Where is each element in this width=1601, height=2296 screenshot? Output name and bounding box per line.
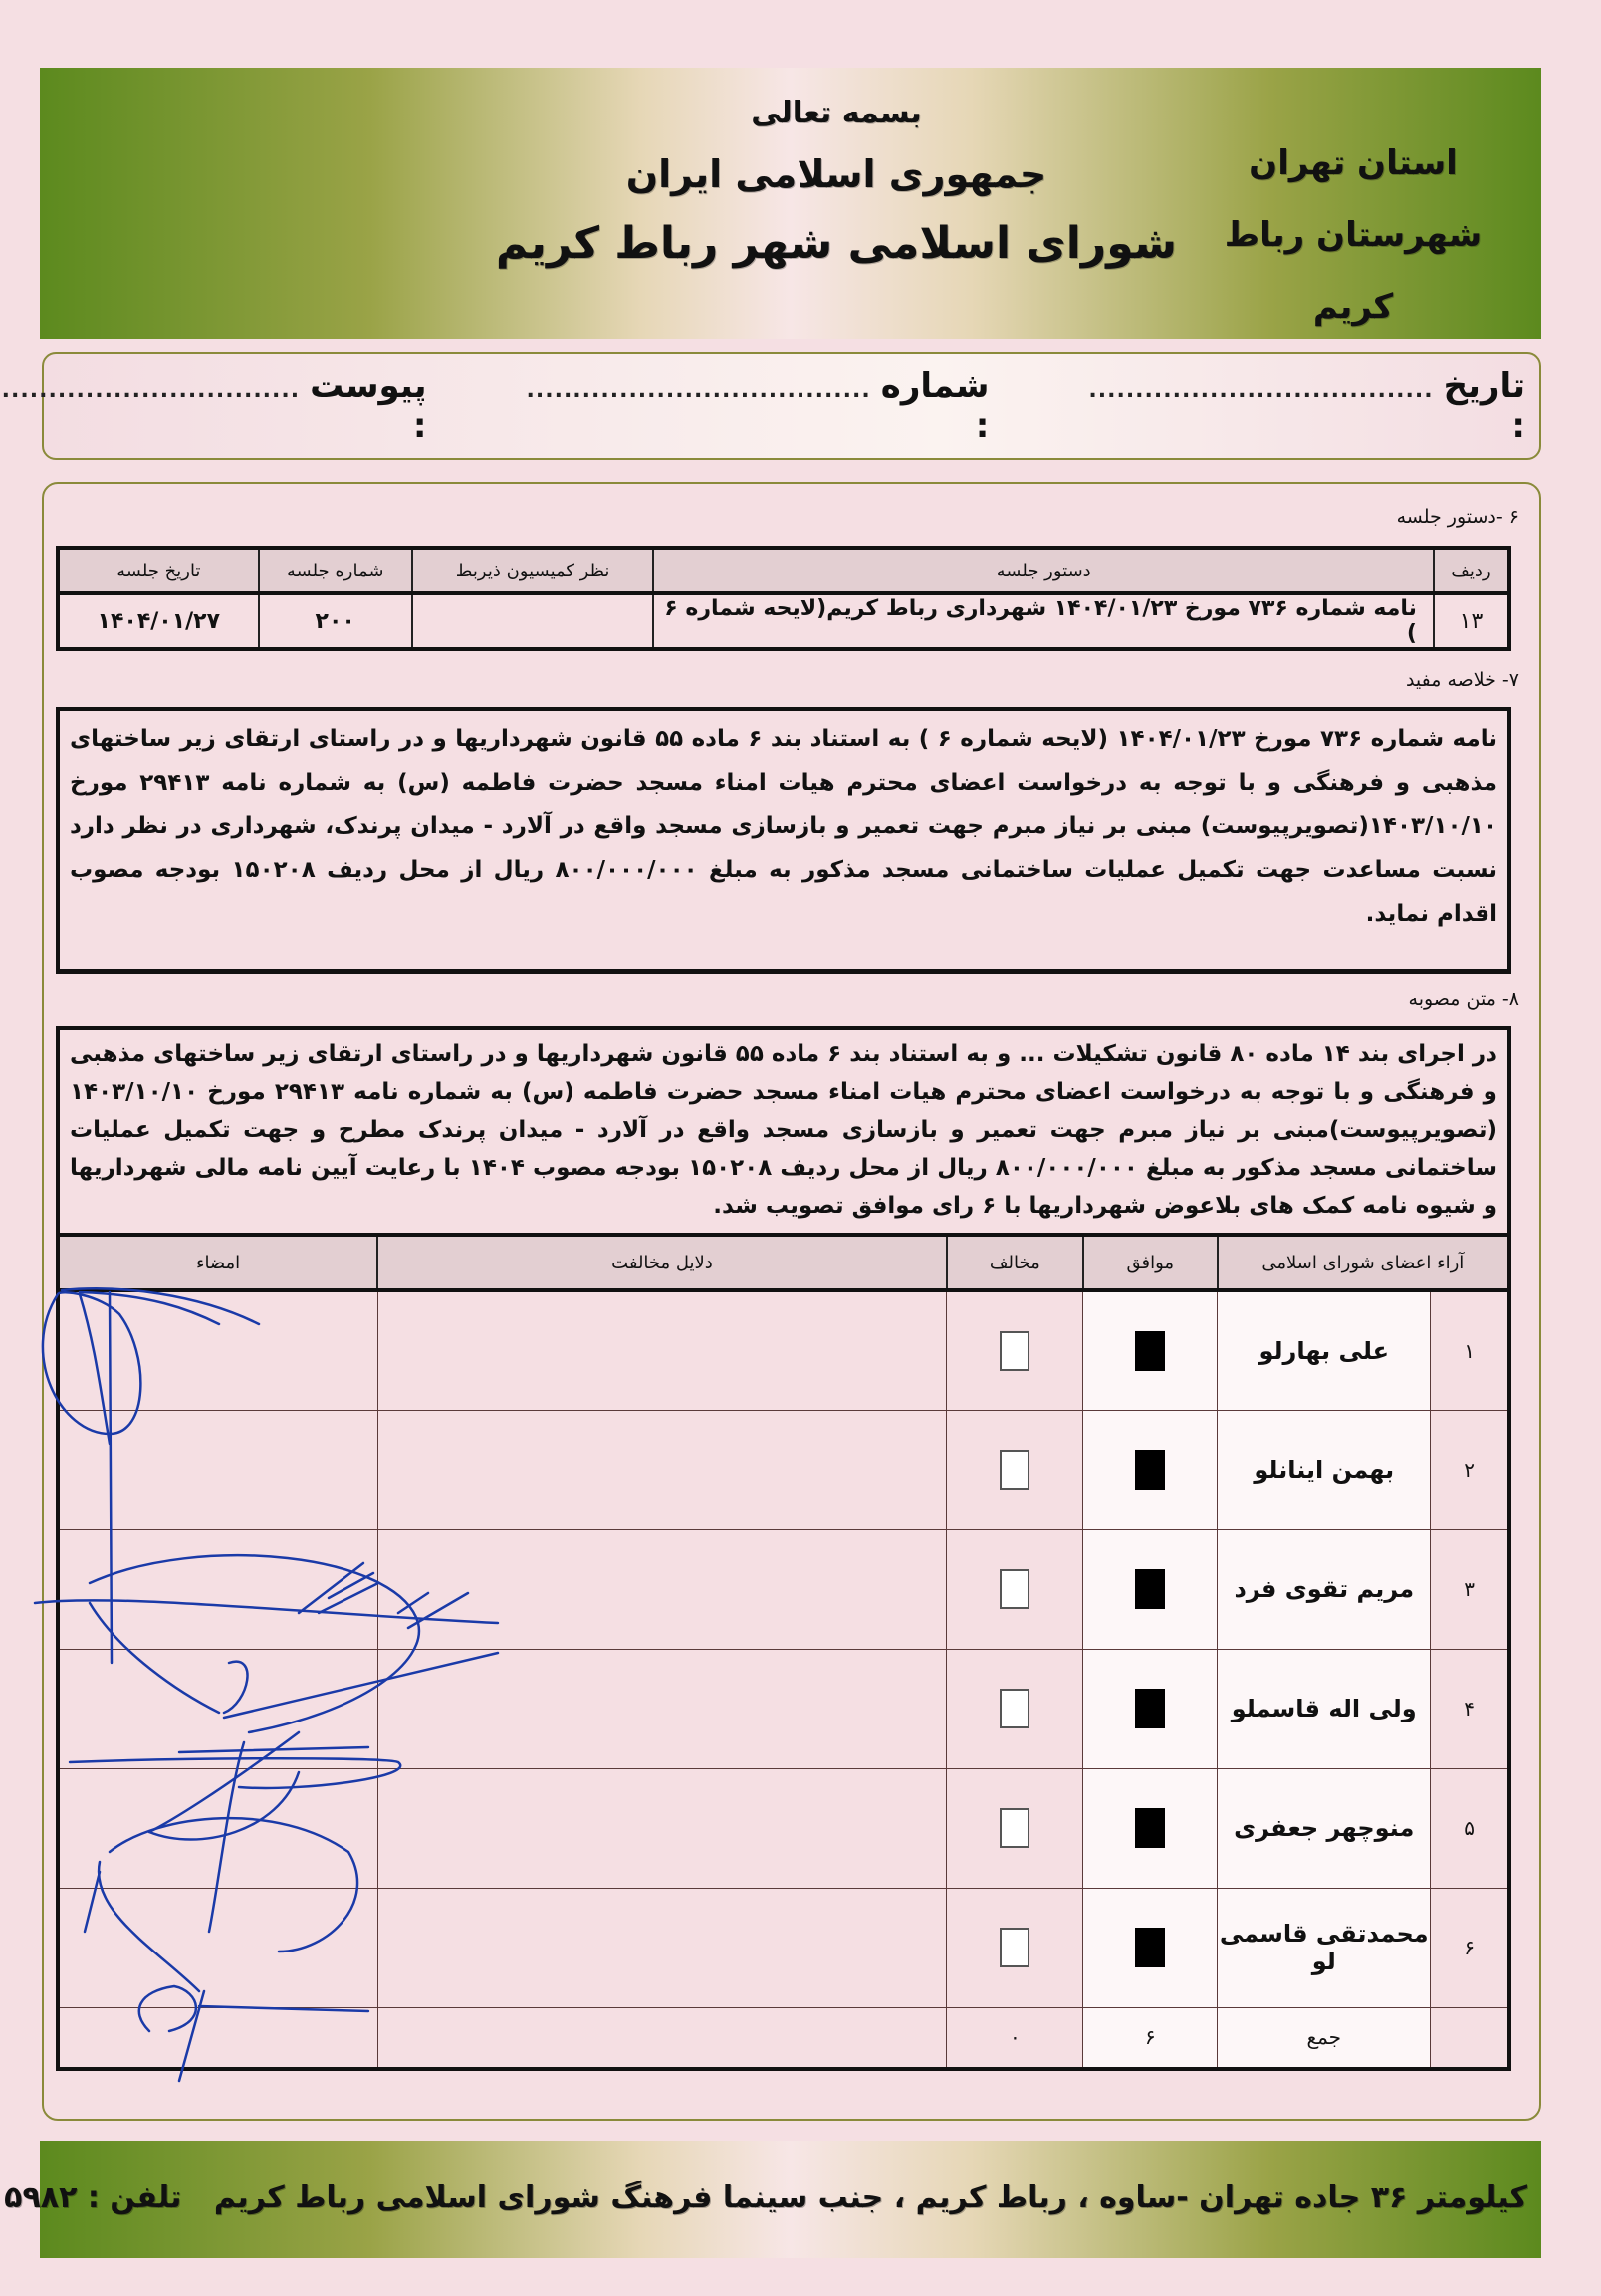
letter-meta-box: تاریخ : ................................… [42,352,1541,460]
col-agenda-item: دستور جلسه [653,548,1433,593]
agree-checkbox-checked[interactable] [1135,1928,1165,1967]
disagree-reason [377,1529,947,1649]
agree-checkbox-cell[interactable] [1083,1410,1218,1529]
agenda-row-no: ۱۳ [1434,593,1509,649]
agenda-table: ردیف دستور جلسه نظر کمیسیون ذیربط شماره … [56,546,1511,651]
disagree-checkbox-unchecked[interactable] [1000,1689,1029,1728]
number-value-line: ..................................... [527,378,871,403]
col-agree: موافق [1083,1235,1218,1290]
agenda-session-no: ۲۰۰ [259,593,412,649]
invocation: بسمه تعالی [478,96,1195,130]
number-field: شماره : ................................… [527,366,990,446]
col-session-no: شماره جلسه [259,548,412,593]
disagree-reason [377,1410,947,1529]
agenda-commission-opinion [412,593,654,649]
agree-checkbox-cell[interactable] [1083,1529,1218,1649]
col-reasons: دلایل مخالفت [377,1235,947,1290]
number-label: شماره : [881,366,990,446]
member-name: بهمن اینانلو [1218,1410,1431,1529]
member-row: ۱ علی بهارلو [58,1290,1509,1410]
votes-total-row: جمع ۶ ۰ [58,2007,1509,2069]
member-name: مریم تقوی فرد [1218,1529,1431,1649]
header-center: بسمه تعالی جمهوری اسلامی ایران شورای اسل… [478,96,1195,269]
agenda-session-date: ۱۴۰۴/۰۱/۲۷ [58,593,259,649]
agree-checkbox-cell[interactable] [1083,1768,1218,1888]
country-name: جمهوری اسلامی ایران [478,152,1195,196]
agree-checkbox-checked[interactable] [1135,1450,1165,1490]
phone-label: تلفن : [88,2181,182,2215]
attachment-field: پیوست : ................................… [0,366,427,446]
disagree-checkbox-unchecked[interactable] [1000,1808,1029,1848]
disagree-reason [377,1888,947,2007]
footer-address: کیلومتر ۳۶ جاده تهران -ساوه ، رباط کریم … [214,2181,1527,2215]
member-no: ۲ [1431,1410,1509,1529]
signature-cell [58,1888,377,2007]
disagree-reason [377,1768,947,1888]
col-session-date: تاریخ جلسه [58,548,259,593]
disagree-checkbox-unchecked[interactable] [1000,1331,1029,1371]
summary-text: نامه شماره ۷۳۶ مورخ ۱۴۰۴/۰۱/۲۳ (لایحه شم… [56,707,1511,974]
member-no: ۳ [1431,1529,1509,1649]
agree-checkbox-cell[interactable] [1083,1888,1218,2007]
col-row-no: ردیف [1434,548,1509,593]
col-commission-opinion: نظر کمیسیون ذیربط [412,548,654,593]
col-disagree: مخالف [947,1235,1083,1290]
county-name: شهرستان رباط کریم [1189,199,1517,343]
member-no: ۶ [1431,1888,1509,2007]
summary-section-title: ۷- خلاصه مفید [1406,669,1519,691]
member-row: ۶ محمدتقی قاسمی لو [58,1888,1509,2007]
disagree-reason [377,1290,947,1410]
votes-header-row: آراء اعضای شورای اسلامی موافق مخالف دلای… [58,1235,1509,1290]
agenda-header-row: ردیف دستور جلسه نظر کمیسیون ذیربط شماره … [58,548,1509,593]
agree-checkbox-checked[interactable] [1135,1331,1165,1371]
date-value-line: ..................................... [1088,378,1433,403]
votes-table: آراء اعضای شورای اسلامی موافق مخالف دلای… [56,1233,1511,2071]
member-row: ۲ بهمن اینانلو [58,1410,1509,1529]
disagree-checkbox-unchecked[interactable] [1000,1928,1029,1967]
signature-cell [58,1290,377,1410]
agree-checkbox-checked[interactable] [1135,1808,1165,1848]
disagree-checkbox-cell[interactable] [947,1529,1083,1649]
col-members: آراء اعضای شورای اسلامی [1218,1235,1509,1290]
member-row: ۳ مریم تقوی فرد [58,1529,1509,1649]
member-name: ولی اله قاسملو [1218,1649,1431,1768]
province-name: استان تهران [1189,127,1517,199]
member-name: محمدتقی قاسمی لو [1218,1888,1431,2007]
agree-checkbox-checked[interactable] [1135,1569,1165,1609]
disagree-checkbox-unchecked[interactable] [1000,1569,1029,1609]
disagree-reason [377,1649,947,1768]
phone-number: ۵۶۲۱۵۹۸۲ [0,2181,77,2215]
disagree-checkbox-cell[interactable] [947,1410,1083,1529]
total-disagree: ۰ [947,2007,1083,2069]
agenda-section-title: ۶ -دستور جلسه [1397,506,1519,528]
resolution-section-title: ۸- متن مصوبه [1409,988,1519,1010]
member-no: ۵ [1431,1768,1509,1888]
total-reasons-empty [377,2007,947,2069]
member-name: علی بهارلو [1218,1290,1431,1410]
disagree-checkbox-cell[interactable] [947,1649,1083,1768]
agenda-row: ۱۳ نامه شماره ۷۳۶ مورخ ۱۴۰۴/۰۱/۲۳ شهردار… [58,593,1509,649]
council-resolution-document: بسمه تعالی جمهوری اسلامی ایران شورای اسل… [0,0,1601,2296]
member-row: ۴ ولی اله قاسملو [58,1649,1509,1768]
date-field: تاریخ : ................................… [1088,366,1525,446]
council-name: شورای اسلامی شهر رباط کریم [478,218,1195,269]
total-agree: ۶ [1083,2007,1218,2069]
date-label: تاریخ : [1444,366,1525,446]
total-empty [1431,2007,1509,2069]
member-no: ۴ [1431,1649,1509,1768]
footer-contact: کیلومتر ۳۶ جاده تهران -ساوه ، رباط کریم … [40,2181,1527,2215]
signature-cell [58,1410,377,1529]
col-signature: امضاء [58,1235,377,1290]
header-banner: بسمه تعالی جمهوری اسلامی ایران شورای اسل… [40,68,1541,339]
total-label: جمع [1218,2007,1431,2069]
signature-cell [58,1649,377,1768]
disagree-checkbox-cell[interactable] [947,1768,1083,1888]
agree-checkbox-cell[interactable] [1083,1649,1218,1768]
resolution-text: در اجرای بند ۱۴ ماده ۸۰ قانون تشکیلات ..… [56,1026,1511,1233]
disagree-checkbox-cell[interactable] [947,1290,1083,1410]
signature-cell [58,1768,377,1888]
agree-checkbox-checked[interactable] [1135,1689,1165,1728]
member-no: ۱ [1431,1290,1509,1410]
header-location: استان تهران شهرستان رباط کریم [1189,127,1517,343]
agree-checkbox-cell[interactable] [1083,1290,1218,1410]
disagree-checkbox-cell[interactable] [947,1888,1083,2007]
agenda-item-text: نامه شماره ۷۳۶ مورخ ۱۴۰۴/۰۱/۲۳ شهرداری ر… [653,593,1433,649]
signature-cell [58,1529,377,1649]
disagree-checkbox-unchecked[interactable] [1000,1450,1029,1490]
attachment-value-line: ..................................... [0,378,300,403]
total-signature-empty [58,2007,377,2069]
attachment-label: پیوست : [310,366,426,446]
footer-banner: کیلومتر ۳۶ جاده تهران -ساوه ، رباط کریم … [40,2141,1541,2258]
member-row: ۵ منوچهر جعفری [58,1768,1509,1888]
member-name: منوچهر جعفری [1218,1768,1431,1888]
